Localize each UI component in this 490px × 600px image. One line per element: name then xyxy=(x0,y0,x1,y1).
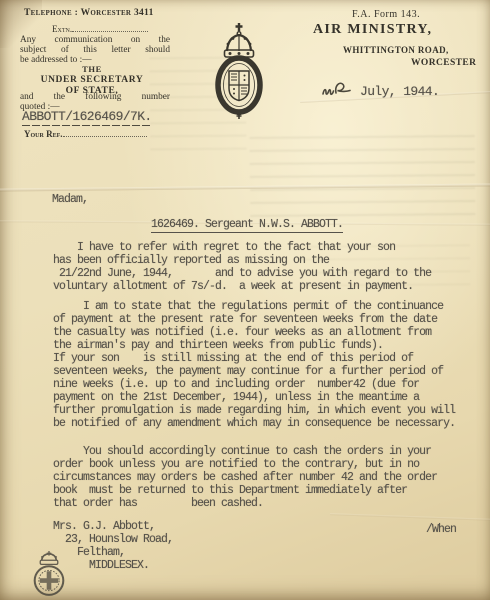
text-line: UNDER SECRETARY xyxy=(8,75,176,86)
letterhead-telephone: Telephone : Worcester 3411 xyxy=(24,8,154,18)
letter-page: Telephone : Worcester 3411 Extn. Any com… xyxy=(0,0,490,600)
paragraph-1: I have to refer with regret to the fact … xyxy=(53,241,431,293)
your-ref-label: Your Ref. xyxy=(24,129,63,139)
salutation: Madam, xyxy=(52,193,88,206)
extn-label: Extn. xyxy=(52,24,72,34)
paragraph-3: You should accordingly continue to cash … xyxy=(53,445,437,510)
form-number: F.A. Form 143. xyxy=(352,9,420,20)
subject-heading: 1626469. Sergeant N.W.S. ABBOTT. xyxy=(151,218,343,233)
paragraph-2: I am to state that the regulations permi… xyxy=(53,300,455,430)
handwritten-day-mark-icon xyxy=(321,80,357,98)
text-line: circumstances may orders be cashed after… xyxy=(53,471,437,484)
text-line: nine weeks (i.e. up to and including ord… xyxy=(53,378,455,391)
date-line: July, 1944. xyxy=(321,80,439,98)
text-line: the casualty was notified (i.e. four wee… xyxy=(53,326,455,339)
correspondence-note: Any communication on thesubject of this … xyxy=(20,36,170,65)
text-line: I have to refer with regret to the fact … xyxy=(53,241,431,254)
text-line: seventeen weeks, the payment may continu… xyxy=(53,365,455,378)
text-line: If your son is still missing at the end … xyxy=(53,352,455,365)
your-ref-dotted-line xyxy=(63,128,147,137)
ministry-address-road: WHITTINGTON ROAD, xyxy=(343,45,449,55)
ministry-address-city: WORCESTER xyxy=(411,58,476,68)
text-line: has been officially reported as missing … xyxy=(53,254,431,267)
paper-crease xyxy=(330,513,490,521)
text-line: further promulgation is made regarding h… xyxy=(53,404,455,417)
catchword: /When xyxy=(426,523,456,536)
text-line: THE xyxy=(8,64,176,75)
text-line: the airman's pay and thirteen weeks from… xyxy=(53,339,455,352)
text-line: voluntary allotment of 7s/-d. a week at … xyxy=(53,280,431,293)
text-line: You should accordingly continue to cash … xyxy=(53,445,437,458)
text-line: 23, Hounslow Road, xyxy=(53,533,173,546)
your-ref-line: Your Ref. xyxy=(24,128,147,139)
text-line: book must be returned to this Department… xyxy=(53,484,437,497)
text-line: order book unless you are notified to th… xyxy=(53,458,437,471)
text-line: payment on the 21st December, 1944), unl… xyxy=(53,391,455,404)
extn-dotted-line xyxy=(72,23,148,32)
typed-date: July, 1944. xyxy=(360,85,439,98)
crowned-badge-stamp-icon xyxy=(26,551,72,599)
text-line: Mrs. G.J. Abbott, xyxy=(53,520,173,533)
text-line: that order has been cashed. xyxy=(53,497,437,510)
ministry-name: AIR MINISTRY, xyxy=(313,22,432,38)
text-line: I am to state that the regulations permi… xyxy=(53,300,455,313)
text-line: 21/22nd June, 1944, and to advise you wi… xyxy=(53,267,431,280)
extn-line: Extn. xyxy=(52,23,148,34)
bleed-through-texture xyxy=(250,127,476,217)
royal-crest-icon xyxy=(215,22,263,120)
text-line: of payment at the present rate for seven… xyxy=(53,313,455,326)
text-line: be notified of any amendment which may i… xyxy=(53,417,455,430)
quoted-reference-number: ABBOTT/1626469/7K. xyxy=(22,110,152,126)
